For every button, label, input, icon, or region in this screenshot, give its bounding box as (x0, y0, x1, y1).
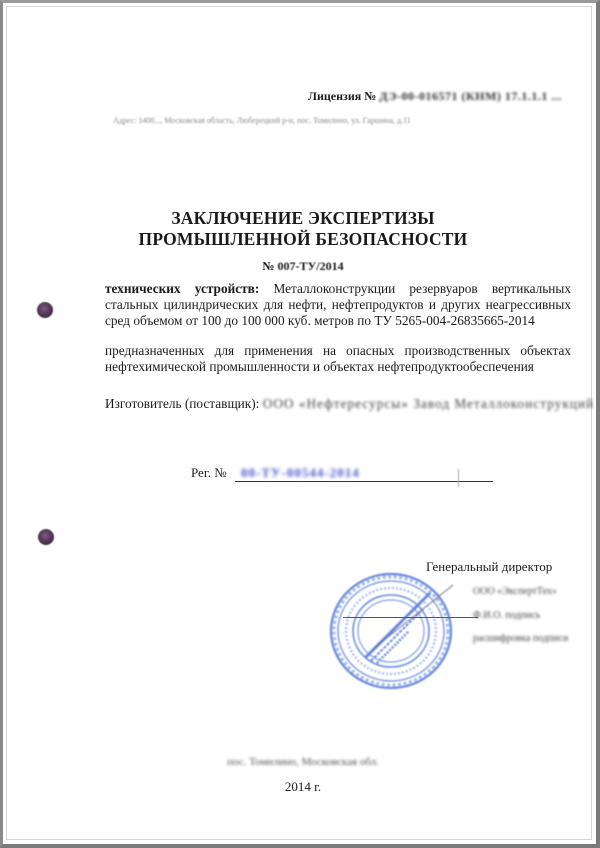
manufacturer-line: Изготовитель (поставщик): ООО «Нефтересу… (105, 396, 594, 412)
issue-city: пос. Томилино, Московская обл. (3, 756, 600, 768)
purpose-paragraph: предназначенных для применения на опасны… (105, 343, 571, 375)
devices-lead: технических устройств: (105, 281, 259, 296)
registration-value: 00-ТУ-00544-2014 (241, 465, 360, 481)
hole-punch-mark (38, 529, 54, 545)
stamp-seal-icon (325, 563, 465, 693)
document-title-line-1: ЗАКЛЮЧЕНИЕ ЭКСПЕРТИЗЫ (3, 208, 600, 229)
document-title-line-2: ПРОМЫШЛЕННОЙ БЕЗОПАСНОСТИ (3, 229, 600, 250)
page-edge (6, 6, 592, 840)
signatory-detail: расшифровка подписи (473, 633, 568, 644)
devices-paragraph: технических устройств: Металлоконструкци… (105, 281, 571, 329)
manufacturer-value: ООО «Нефтересурсы» Завод Металлоконструк… (263, 396, 594, 411)
license-line: Лицензия № ДЭ-00-016571 (КНМ) 17.1.1.1 .… (308, 89, 562, 104)
license-label: Лицензия № (308, 89, 376, 103)
document-number: № 007-ТУ/2014 (3, 259, 600, 274)
manufacturer-label: Изготовитель (поставщик): (105, 396, 259, 411)
signature-stroke (343, 617, 478, 618)
registration-underline (235, 481, 493, 482)
document-number-value: 007-ТУ/2014 (277, 259, 343, 273)
registration-label: Рег. № (191, 465, 227, 481)
document-number-label: № (262, 259, 274, 273)
issue-year: 2014 г. (3, 779, 600, 795)
license-number: ДЭ-00-016571 (КНМ) 17.1.1.1 ... (379, 89, 562, 103)
signatory-position: Генеральный директор (426, 559, 552, 575)
signatory-name: Ф.И.О. подпись (473, 610, 540, 621)
document-page: Лицензия № ДЭ-00-016571 (КНМ) 17.1.1.1 .… (0, 0, 600, 848)
signatory-organization: ООО «ЭкспертТех» (473, 586, 557, 597)
address-line: Адрес: 1400..., Московская область, Любе… (113, 116, 411, 125)
hole-punch-mark (37, 302, 53, 318)
registration-mark (458, 469, 459, 487)
